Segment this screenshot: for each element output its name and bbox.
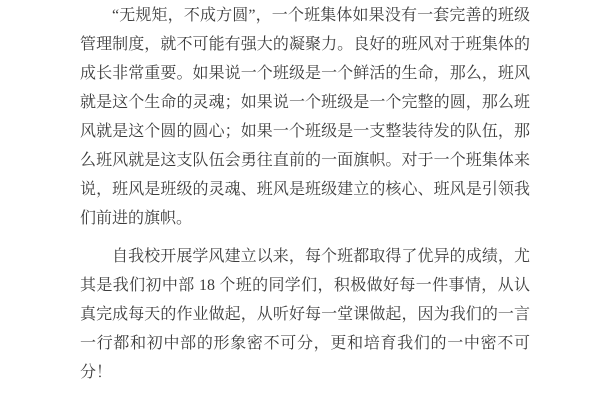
paragraph-1: “无规矩，不成方圆”，一个班集体如果没有一套完善的班级管理制度，就不可能有强大的…	[80, 1, 530, 233]
text-block: “无规矩，不成方圆”，一个班集体如果没有一套完善的班级管理制度，就不可能有强大的…	[80, 1, 530, 396]
document-page: “无规矩，不成方圆”，一个班集体如果没有一套完善的班级管理制度，就不可能有强大的…	[0, 0, 600, 400]
paragraph-2: 自我校开展学风建立以来，每个班都取得了优异的成绩，尤其是我们初中部 18 个班的…	[80, 242, 530, 387]
